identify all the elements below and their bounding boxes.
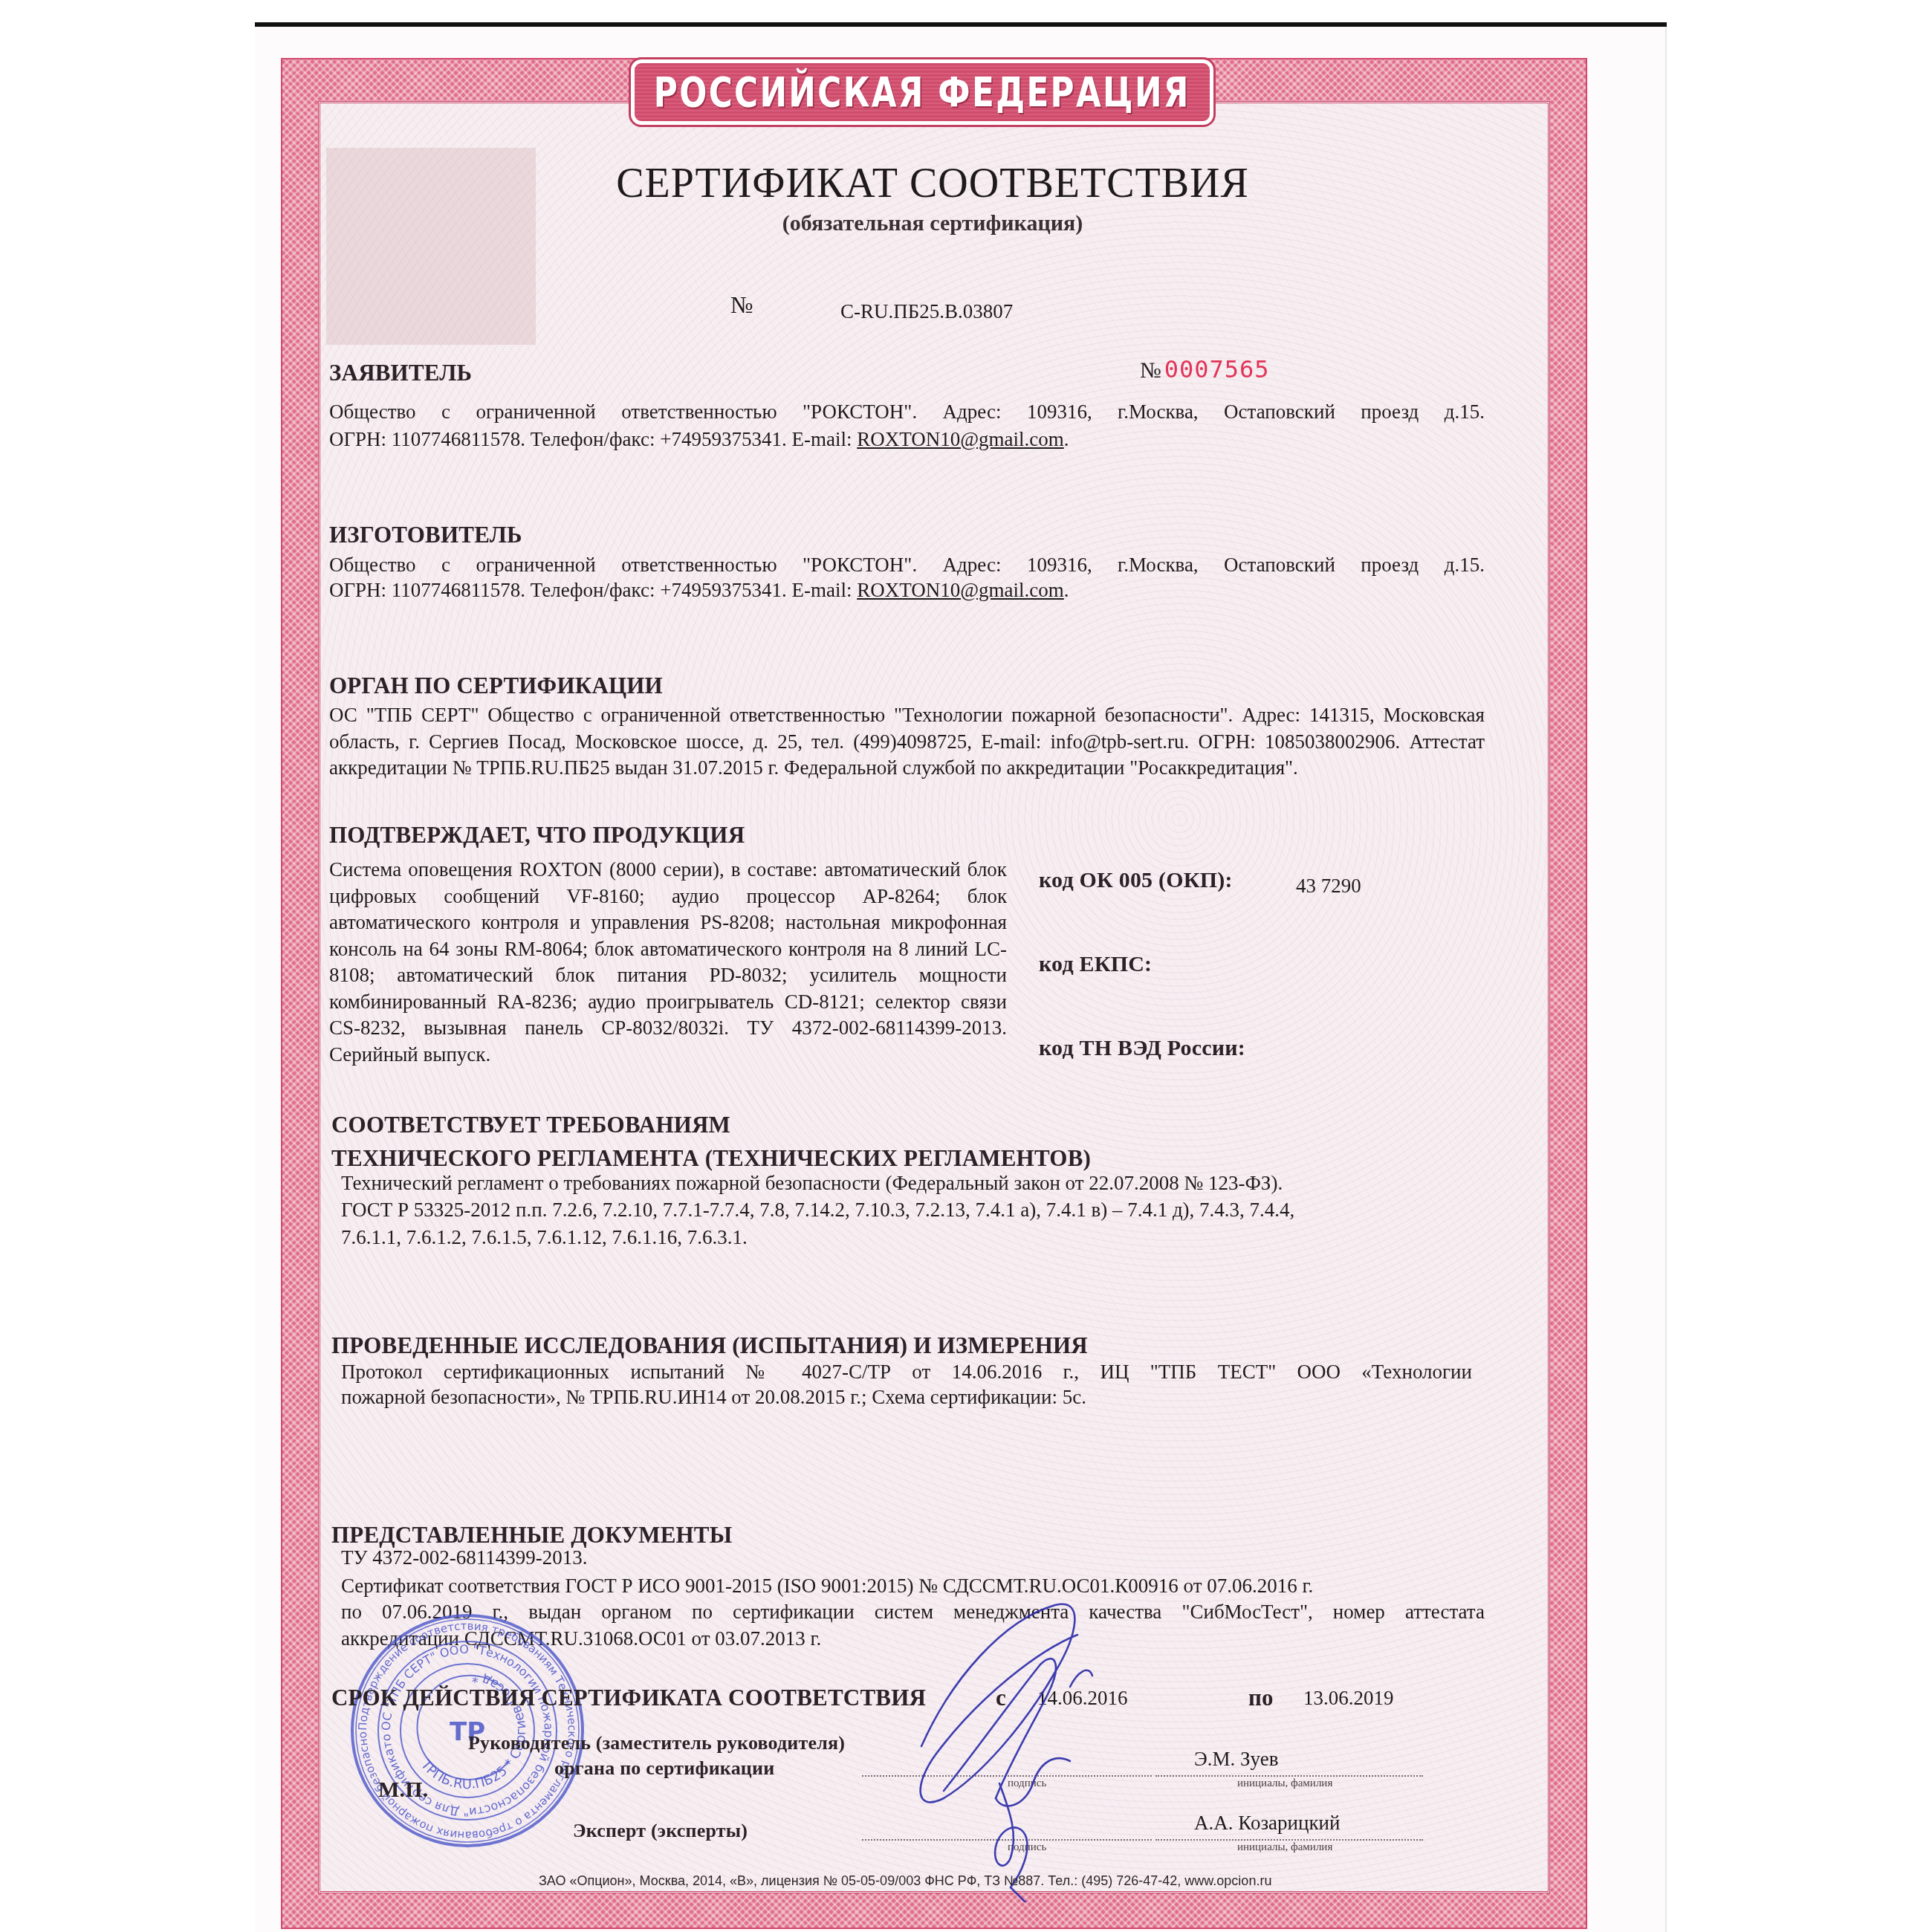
manufacturer-email-link[interactable]: ROXTON10@gmail.com [857,579,1064,601]
head-label-organ: органа по сертификации [554,1757,774,1780]
certificate-number: C-RU.ПБ25.В.03807 [840,300,1013,323]
applicant-email-link[interactable]: ROXTON10@gmail.com [857,428,1064,450]
tests-protocol: Протокол сертификационных испытаний № 40… [341,1361,1472,1384]
banner-text: РОССИЙСКАЯ ФЕДЕРАЦИЯ [654,68,1190,117]
certification-body-heading: ОРГАН ПО СЕРТИФИКАЦИИ [329,672,663,699]
applicant-heading: ЗАЯВИТЕЛЬ [329,360,472,386]
document-subtitle: (обязательная сертификация) [0,211,1899,236]
certification-body-text: ОС "ТПБ СЕРТ" Общество с ограниченной от… [329,702,1485,782]
requirement-line: Технический регламент о требованиях пожа… [341,1172,1283,1195]
validity-to-date: 13.06.2019 [1303,1687,1394,1710]
seal-label: М.П. [378,1777,428,1803]
certification-stamp: Подтверждение соответствия требованиям Т… [349,1612,586,1849]
tests-lab: пожарной безопасности», № ТРПБ.RU.ИН14 о… [341,1386,1086,1409]
head-name: Э.М. Зуев [1194,1748,1278,1771]
manufacturer-ogrn-phone: ОГРН: 1107746811578. Телефон/факс: +7495… [329,579,857,601]
expert-label: Эксперт (эксперты) [573,1820,748,1842]
validity-to-label: по [1248,1685,1274,1711]
expert-name: А.А. Козарицкий [1194,1812,1340,1835]
regulations-heading: ТЕХНИЧЕСКОГО РЕГЛАМЕНТА (ТЕХНИЧЕСКИХ РЕГ… [331,1145,1091,1172]
document-line: ТУ 4372-002-68114399-2013. [341,1546,588,1569]
product-heading: ПОДТВЕРЖДАЕТ, ЧТО ПРОДУКЦИЯ [329,822,745,849]
head-name-line [1155,1775,1423,1777]
serial-sign: № [1140,358,1161,383]
number-sign: № [730,291,753,319]
code-ekps-label: код ЕКПС: [1039,952,1152,977]
serial-number: 0007565 [1164,355,1270,383]
country-banner: РОССИЙСКАЯ ФЕДЕРАЦИЯ [631,59,1213,125]
head-label: Руководитель (заместитель руководителя) [468,1732,845,1754]
document-title: СЕРТИФИКАТ СООТВЕТСТВИЯ [0,160,1899,207]
name-caption: инициалы, фамилия [1237,1841,1332,1854]
manufacturer-address: Общество с ограниченной ответственностью… [329,554,1485,577]
code-okp-label: код ОК 005 (ОКП): [1039,868,1233,893]
manufacturer-contacts: ОГРН: 1107746811578. Телефон/факс: +7495… [329,579,1069,602]
requirement-line: ГОСТ Р 53325-2012 п.п. 7.2.6, 7.2.10, 7.… [341,1199,1294,1222]
code-tnved-label: код ТН ВЭД России: [1039,1036,1245,1061]
requirements-heading: СООТВЕТСТВУЕТ ТРЕБОВАНИЯМ [331,1112,730,1138]
applicant-contacts: ОГРН: 1107746811578. Телефон/факс: +7495… [329,428,1069,451]
product-description: Система оповещения ROXTON (8000 серии), … [329,857,1007,1068]
tests-heading: ПРОВЕДЕННЫЕ ИССЛЕДОВАНИЯ (ИСПЫТАНИЯ) И И… [331,1332,1088,1359]
applicant-ogrn-phone: ОГРН: 1107746811578. Телефон/факс: +7495… [329,428,857,450]
manufacturer-heading: ИЗГОТОВИТЕЛЬ [329,522,522,548]
name-caption: инициалы, фамилия [1237,1777,1332,1790]
serial-number-block: № 0007565 [1140,355,1269,383]
expert-name-line [1155,1839,1423,1841]
applicant-address: Общество с ограниченной ответственностью… [329,401,1485,424]
requirement-line: 7.6.1.1, 7.6.1.2, 7.6.1.5, 7.6.1.12, 7.6… [341,1226,748,1249]
handwritten-signature [832,1590,1189,1902]
punctuation: . [1064,428,1069,450]
code-okp-value: 43 7290 [1296,875,1361,898]
punctuation: . [1064,579,1069,601]
documents-heading: ПРЕДСТАВЛЕННЫЕ ДОКУМЕНТЫ [331,1522,732,1549]
printer-imprint: ЗАО «Опцион», Москва, 2014, «В», лицензи… [539,1873,1271,1889]
